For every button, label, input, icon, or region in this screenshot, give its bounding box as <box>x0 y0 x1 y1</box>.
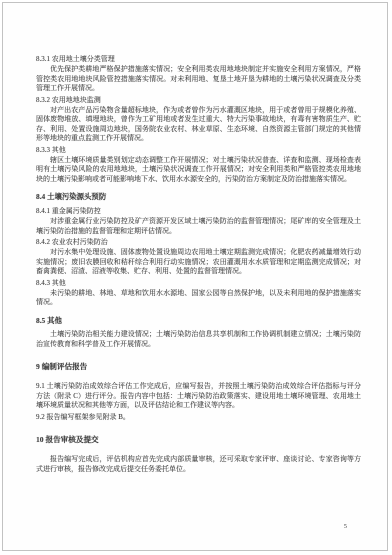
document-page: 8.3.1 农用地土壤分类管理 优先保护类耕地严格保护措施落实情况；安全利用类农… <box>2 2 388 551</box>
section-heading-8-3-2: 8.3.2 农用地地块监测 <box>36 96 361 105</box>
clause-9-1: 9.1 土壤污染防治成效综合评估工作完成后，应编写报告，并按照土壤污染防治成效综… <box>36 382 361 410</box>
section-heading-8-3-3: 8.3.3 其他 <box>36 146 361 155</box>
section-heading-8-3-1: 8.3.1 农用地土壤分类管理 <box>36 55 361 64</box>
chapter-heading-10: 10 报告审核及提交 <box>36 435 361 444</box>
paragraph-10: 报告编写完成后，评估机构应首先完成内部质量审核，还可采取专家评审、座谈讨论、专家… <box>36 455 361 474</box>
paragraph-8-3-3: 辖区土壤环境质量类别划定动态调整工作开展情况；对土壤污染状况普查、详查和监测、现… <box>36 156 361 184</box>
clause-9-2: 9.2 报告编写框架参见附录 B。 <box>36 413 361 422</box>
paragraph-8-4-2: 对污水集中处理设施、固体废物处置设施周边农用地土壤定期监测完成情况；化肥农药减量… <box>36 248 361 276</box>
section-heading-8-5: 8.5 其他 <box>36 316 361 325</box>
section-heading-8-4-2: 8.4.2 农业农村污染防治 <box>36 238 361 247</box>
section-heading-8-4-3: 8.4.3 其他 <box>36 279 361 288</box>
section-heading-8-4: 8.4 土壤污染源头预防 <box>36 192 361 201</box>
paragraph-8-3-2: 对产出农产品污染物含量超标地块，作为或者曾作为污水灌溉区地块，用于或者曾用于规模… <box>36 106 361 144</box>
section-heading-8-4-1: 8.4.1 重金属污染防控 <box>36 207 361 216</box>
paragraph-8-3-1: 优先保护类耕地严格保护措施落实情况；安全利用类农用地地块制定并实施安全利用方案情… <box>36 65 361 93</box>
paragraph-8-4-3: 未污染的耕地、林地、草地和饮用水水源地、国家公园等自然保护地，以及未利用地的保护… <box>36 289 361 308</box>
document-body: 8.3.1 农用地土壤分类管理 优先保护类耕地严格保护措施落实情况；安全利用类农… <box>36 53 361 476</box>
paragraph-8-4-1: 对涉重金属行业污染防控及矿产资源开发区域土壤污染防治的监督管理情况；尾矿库的安全… <box>36 217 361 236</box>
page-number: 5 <box>344 523 347 530</box>
paragraph-8-5: 土壤污染防治相关能力建设情况；土壤污染防治信息共享机制和工作协调机制建立情况；土… <box>36 330 361 349</box>
chapter-heading-9: 9 编制评估报告 <box>36 362 361 371</box>
